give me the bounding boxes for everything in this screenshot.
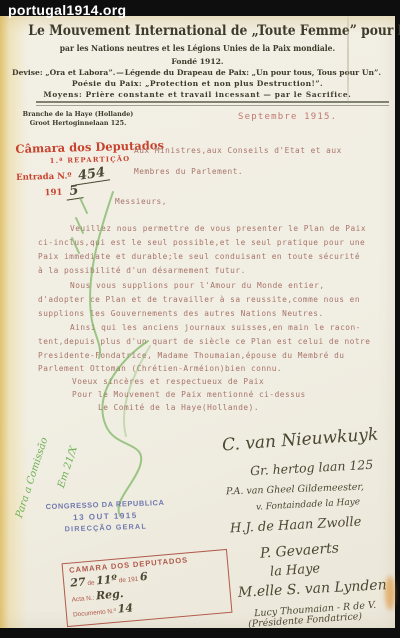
devise-text: Devise: „Ora et Labora”.: [12, 68, 115, 77]
recipient-line: Membres du Parlement.: [134, 167, 243, 176]
body-line: Veuillez nous permettre de vous presente…: [70, 224, 366, 233]
entrada-stamp-department: 1.ª REPARTIÇÃO: [16, 154, 165, 166]
divider-rule-top: [36, 101, 389, 103]
letter-date: Septembre 1915.: [238, 112, 337, 122]
flag-legend-text: Légende du Drapeau de Paix: „Un pour tou…: [125, 68, 381, 77]
separator-dash: —: [116, 68, 124, 77]
body-line: tent,depuis plus d'un quart de siècle ce…: [38, 337, 370, 346]
congresso-stamp-office: DIRECÇÃO GERAL: [46, 521, 165, 534]
entrada-year-value: 5: [64, 182, 83, 200]
body-line: Pour le Mouvement de Paix mentionné ci-d…: [72, 390, 306, 399]
acta-value: Reg.: [95, 587, 124, 602]
body-line: Voeux sincères et respectueux de Paix: [72, 377, 264, 386]
documento-value: 14: [117, 601, 133, 615]
letterhead-title: Le Mouvement International de „Toute Fem…: [0, 23, 395, 39]
camara-box-stamp: CAMARA DOS DEPUTADOS 27 de 11º de 191 6 …: [62, 549, 233, 627]
letterhead-moyens: Moyens: Prière constante et travail ince…: [0, 90, 395, 99]
recipient-line: Aux Ministres,aux Conseils d'Etat et aux: [134, 146, 342, 155]
stamp-de191-label: de 191: [119, 576, 139, 585]
green-annotation: Em 21/X: [56, 445, 80, 489]
letterhead-founded: Fondé 1912.: [0, 57, 395, 66]
branch-line1: Branche de la Haye (Hollande): [22, 110, 134, 119]
stamp-day-value: 27: [70, 575, 86, 589]
green-pencil-strokes: [0, 16, 395, 628]
letterhead-poesie: Poésie du Paix: „Protection et non plus …: [0, 79, 395, 88]
stamp-month-value: 11º: [96, 573, 118, 588]
signature: P. Gevaerts: [260, 540, 340, 561]
signature-address: la Haye: [270, 561, 321, 579]
congresso-stamp: CONGRESSO DA REPUBLICA 13 OUT 1915 DIREC…: [45, 498, 165, 534]
signature-address: v. Fontaindade la Haye: [256, 497, 361, 512]
divider-rule-bottom: [36, 105, 389, 106]
entrada-number-label: Entrada N.º: [16, 171, 72, 182]
scanned-letter-photo: portugal1914.org Le Mouvement Internatio…: [0, 0, 400, 638]
letterhead-devise-line: Devise: „Ora et Labora”. — Légende du Dr…: [12, 68, 381, 77]
branch-line2: Groot Hertoginnelaan 125.: [22, 119, 134, 128]
body-line: Ainsi qui les anciens journaux suisses,e…: [70, 323, 361, 332]
documento-label: Documento N.º: [73, 608, 117, 619]
signature: M.elle S. van Lynden: [238, 577, 387, 601]
paper-crease: [347, 16, 349, 104]
stamp-year-value: 6: [139, 570, 148, 584]
letter-paper: Le Mouvement International de „Toute Fem…: [0, 16, 395, 628]
signature: C. van Nieuwkuyk: [221, 425, 378, 456]
letterhead-subtitle: par les Nations neutres et les Légions U…: [0, 44, 395, 54]
body-line: Nous vous supplions pour l'Amour du Mond…: [70, 281, 325, 290]
signature-address: Gr. hertog laan 125: [250, 457, 374, 478]
branch-address: Branche de la Haye (Hollande) Groot Hert…: [22, 110, 134, 127]
entrada-year-label: 191: [44, 188, 62, 198]
stamp-de-label: de: [87, 580, 95, 588]
salutation: Messieurs,: [115, 197, 167, 206]
acta-label: Acta N.:: [71, 595, 94, 604]
congresso-stamp-title: CONGRESSO DA REPUBLICA: [45, 498, 164, 511]
signature: P.A. van Gheel Gildemeester,: [226, 482, 364, 498]
body-line: supplions les Gouvernements des autres N…: [38, 309, 324, 318]
body-line: d'adopter ce Plan et de travailler à sa …: [38, 295, 360, 304]
watermark-text: portugal1914.org: [8, 2, 126, 18]
signature: H.J. de Haan Zwolle: [230, 515, 362, 537]
body-line: Le Comité de la Haye(Hollande).: [98, 403, 259, 412]
body-line: Presidente-Fondatrice, Madame Thoumaian,…: [38, 351, 344, 360]
body-line: à la possibilité d'un désarmement futur.: [38, 266, 246, 275]
body-line: Parlement Ottoman (Chrétien-Arméion)bien…: [38, 364, 282, 373]
body-line: Paix immediate et durable;le seul condui…: [38, 252, 360, 261]
body-line: ci-inclus,qui est le seul possible,et le…: [38, 238, 365, 247]
aging-stain: [385, 576, 395, 610]
